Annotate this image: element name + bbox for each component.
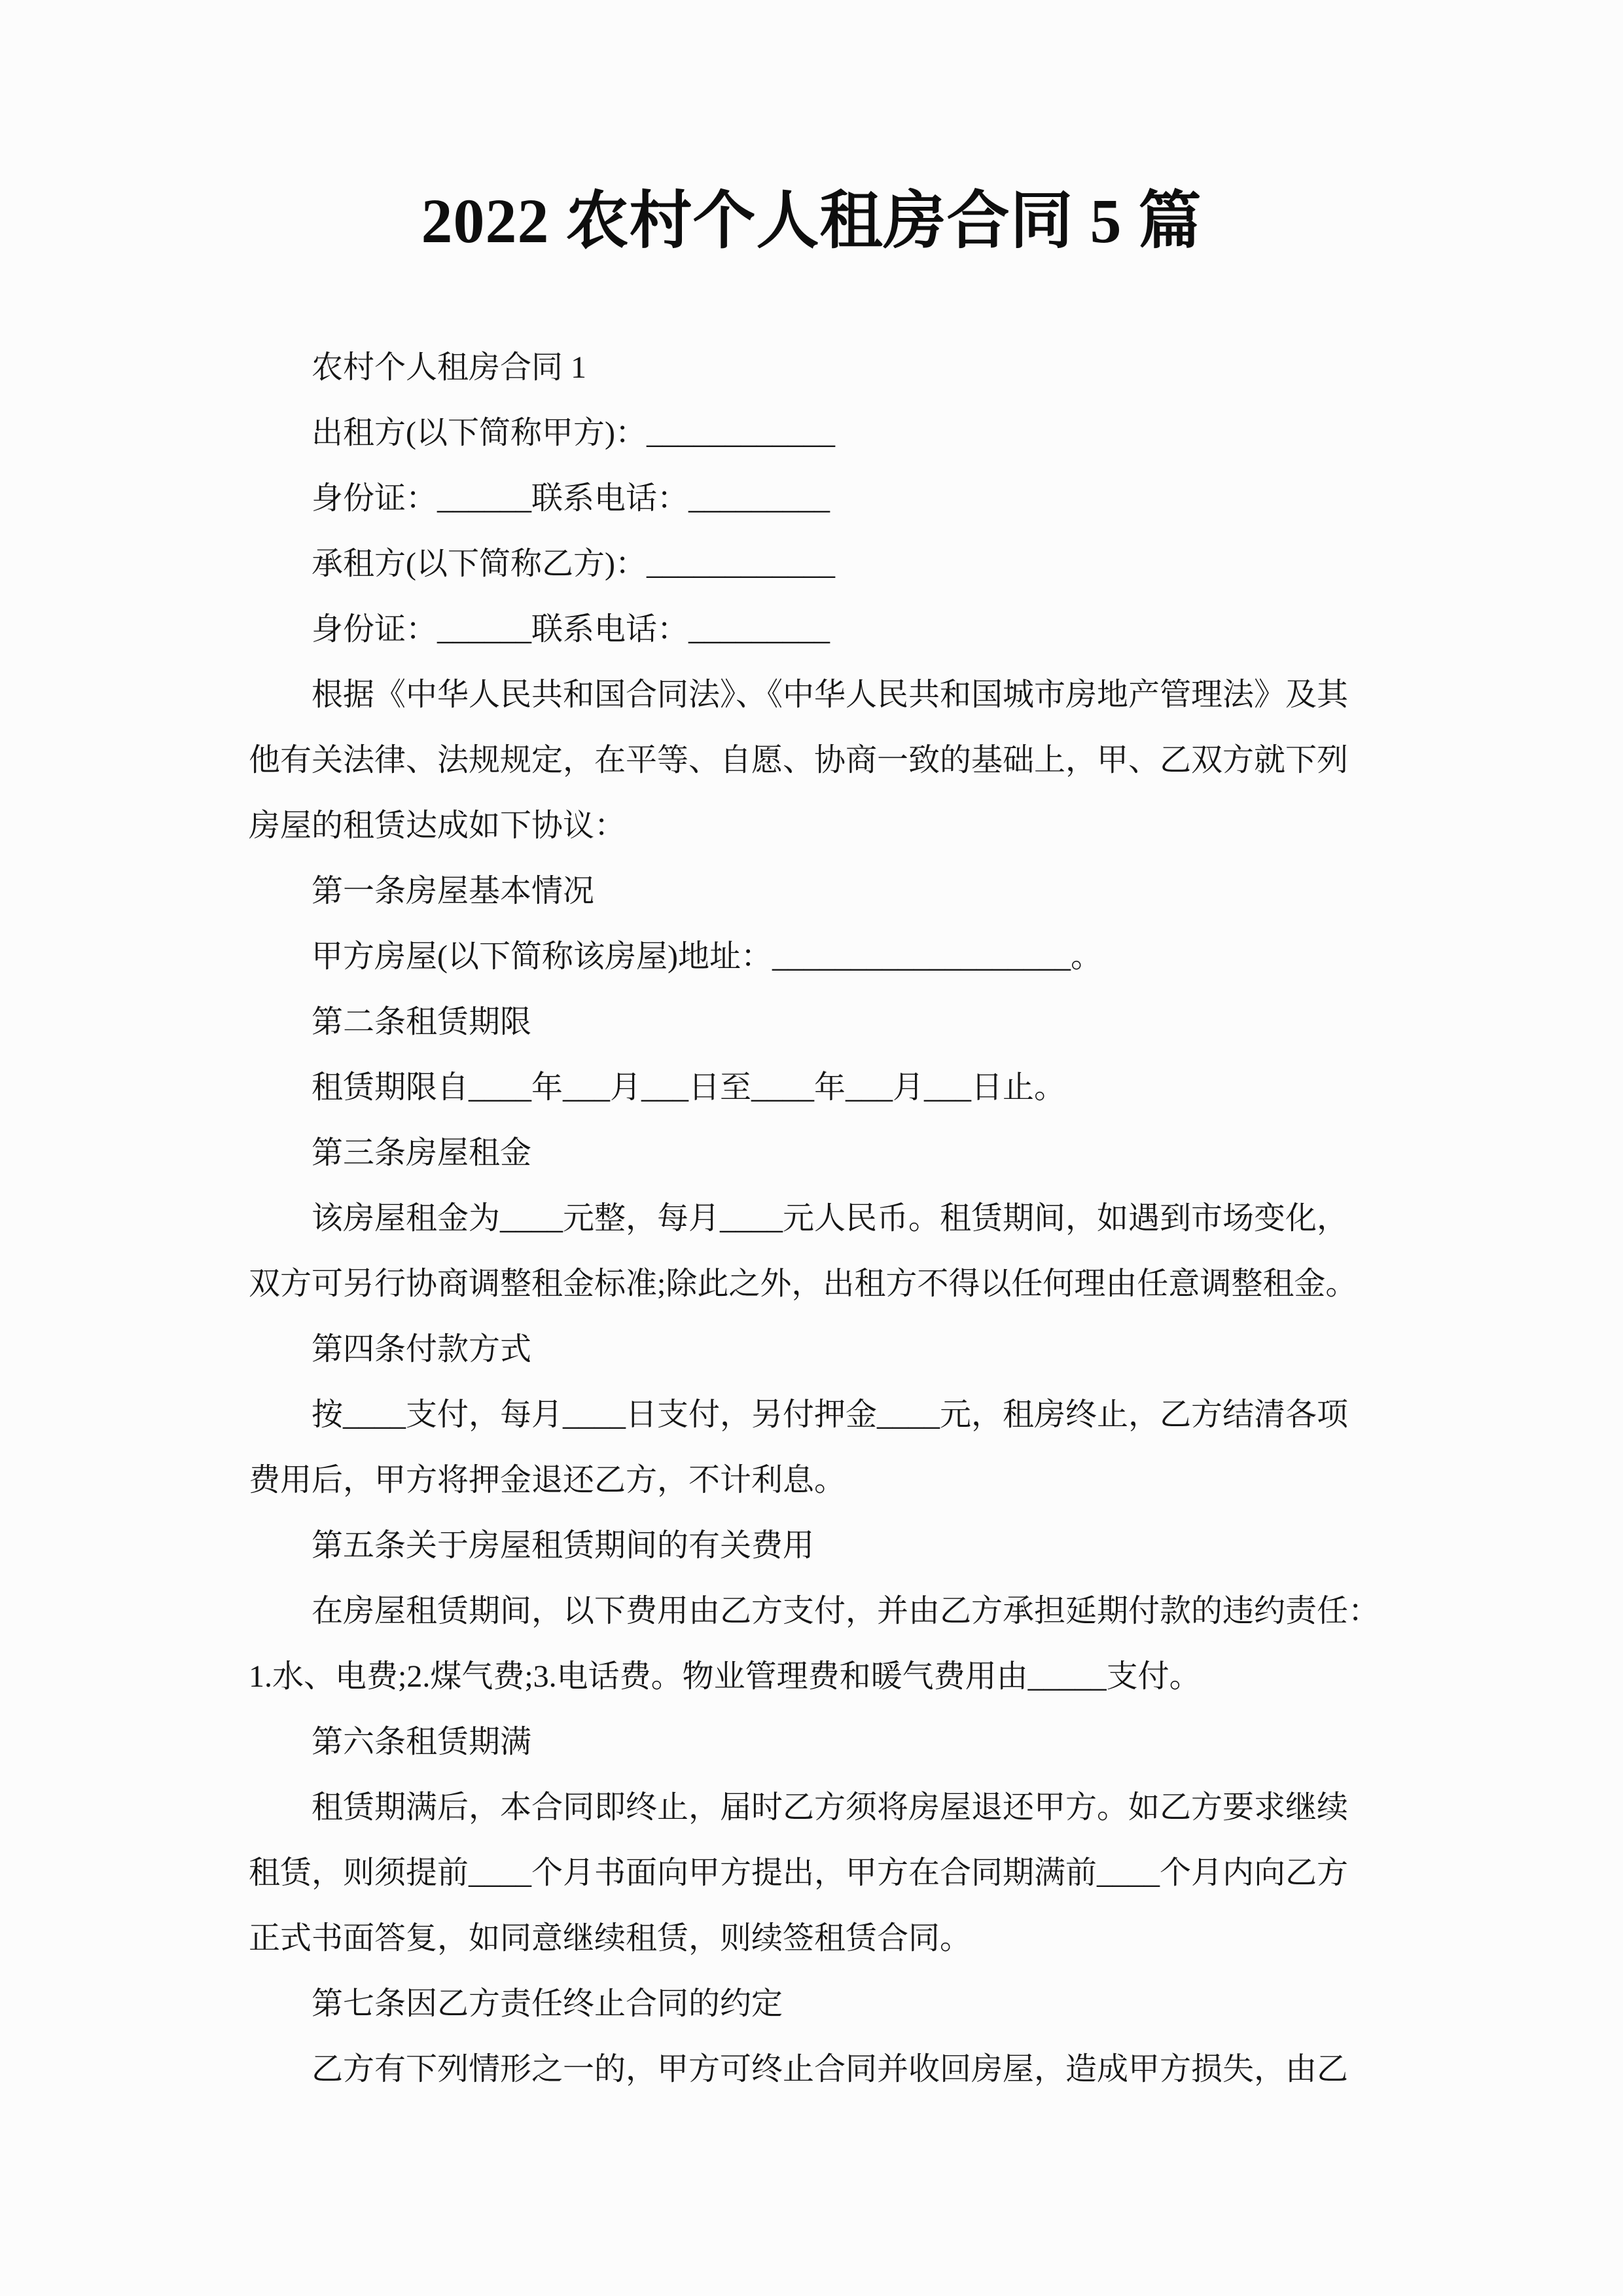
- document-line: 该房屋租金为____元整，每月____元人民币。租赁期间，如遇到市场变化，: [249, 1186, 1456, 1251]
- document-line: 他有关法律、法规规定，在平等、自愿、协商一致的基础上，甲、乙双方就下列: [249, 728, 1456, 793]
- document-line: 费用后，甲方将押金退还乙方，不计利息。: [249, 1448, 1456, 1513]
- document-body: 农村个人租房合同 1出租方(以下简称甲方)：____________身份证：__…: [249, 335, 1456, 2102]
- document-line: 正式书面答复，如同意继续租赁，则续签租赁合同。: [249, 1906, 1456, 1971]
- document-line: 1.水、电费;2.煤气费;3.电话费。物业管理费和暖气费用由_____支付。: [249, 1644, 1456, 1710]
- document-line: 根据《中华人民共和国合同法》、《中华人民共和国城市房地产管理法》及其: [249, 662, 1456, 728]
- document-line: 在房屋租赁期间，以下费用由乙方支付，并由乙方承担延期付款的违约责任：: [249, 1579, 1456, 1644]
- document-line: 按____支付，每月____日支付，另付押金____元，租房终止，乙方结清各项: [249, 1382, 1456, 1448]
- document-line: 乙方有下列情形之一的，甲方可终止合同并收回房屋，造成甲方损失，由乙: [249, 2037, 1456, 2102]
- document-line: 第二条租赁期限: [249, 990, 1456, 1055]
- document-title: 2022 农村个人租房合同 5 篇: [0, 175, 1623, 267]
- document-line: 出租方(以下简称甲方)：____________: [249, 401, 1456, 466]
- page: 2022 农村个人租房合同 5 篇 农村个人租房合同 1出租方(以下简称甲方)：…: [0, 0, 1623, 2296]
- document-line: 身份证：______联系电话：_________: [249, 597, 1456, 662]
- document-line: 第四条付款方式: [249, 1317, 1456, 1382]
- document-line: 承租方(以下简称乙方)：____________: [249, 531, 1456, 597]
- document-line: 第三条房屋租金: [249, 1121, 1456, 1186]
- document-line: 租赁，则须提前____个月书面向甲方提出，甲方在合同期满前____个月内向乙方: [249, 1840, 1456, 1906]
- document-line: 第七条因乙方责任终止合同的约定: [249, 1971, 1456, 2037]
- document-line: 租赁期满后，本合同即终止，届时乙方须将房屋退还甲方。如乙方要求继续: [249, 1775, 1456, 1840]
- document-line: 房屋的租赁达成如下协议：: [249, 793, 1456, 859]
- document-line: 租赁期限自____年___月___日至____年___月___日止。: [249, 1055, 1456, 1121]
- document-line: 第六条租赁期满: [249, 1710, 1456, 1775]
- document-line: 农村个人租房合同 1: [249, 335, 1456, 401]
- document-line: 第五条关于房屋租赁期间的有关费用: [249, 1513, 1456, 1579]
- document-line: 身份证：______联系电话：_________: [249, 466, 1456, 531]
- document-line: 双方可另行协商调整租金标准;除此之外，出租方不得以任何理由任意调整租金。: [249, 1251, 1456, 1317]
- document-line: 第一条房屋基本情况: [249, 859, 1456, 924]
- document-line: 甲方房屋(以下简称该房屋)地址：___________________。: [249, 924, 1456, 990]
